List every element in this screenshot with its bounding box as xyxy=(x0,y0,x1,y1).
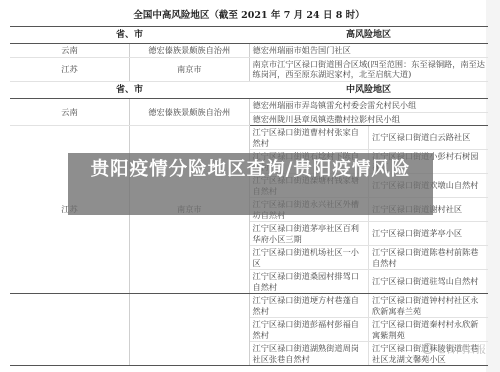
high-risk-region-header: 省、市 xyxy=(10,26,249,44)
city-cell: 南京市 xyxy=(130,57,250,81)
medium-risk-area: 江宁区禄口街道桑园村排驾口自然村 xyxy=(249,270,369,294)
medium-risk-area: 江宁区禄口街道湖熟街道周岗社区张巷自然村 xyxy=(249,342,369,366)
page-edge xyxy=(486,0,500,372)
province-cell: 江苏 xyxy=(10,57,130,81)
medium-risk-area: 江宁区禄口街道驻驾山自然村 xyxy=(369,270,489,294)
medium-risk-area: 江宁区禄口街道钟村村社区永欣新寓春兰苑 xyxy=(369,294,489,318)
province-cell: 云南 xyxy=(10,99,130,126)
headline-text: 贵阳疫情分险地区查询/贵阳疫情风险 xyxy=(68,158,433,181)
table-title: 全国中高风险地区（截至 2021 年 7 月 24 日 8 时） xyxy=(10,8,488,26)
watermark: 七台河日报 xyxy=(422,341,486,356)
city-cell: 德宏傣族景颇族自治州 xyxy=(130,44,250,58)
high-risk-area-header: 高风险地区 xyxy=(249,26,488,44)
medium-risk-area: 江宁区禄口街道彭福村彭福自然村 xyxy=(249,318,369,342)
province-cell: 云南 xyxy=(10,44,130,58)
medium-risk-area: 江宁区禄口街道曹村村张家自然村 xyxy=(249,126,369,150)
medium-risk-area: 江宁区禄口街道陈巷村前陈巷自然村 xyxy=(369,246,489,270)
medium-risk-area: 德宏州瑞丽市弄岛镇雷允村委会雷允村民小组 xyxy=(249,99,488,113)
medium-risk-area: 江宁区禄口街道白云路社区 xyxy=(369,126,489,150)
city-cell: 德宏傣族景颇族自治州 xyxy=(130,99,250,126)
high-risk-area: 德宏州瑞丽市姐告国门社区 xyxy=(249,44,488,58)
province-cell-empty xyxy=(10,294,130,366)
medium-risk-area: 江宁区禄口街道秦村村永欣新寓紫荆苑 xyxy=(369,318,489,342)
medium-risk-area: 德宏州陇川县章凤镇迭撒村拉影村民小组 xyxy=(249,112,488,126)
medium-risk-area: 江宁区禄口街道埂方村巷蓬自然村 xyxy=(249,294,369,318)
medium-risk-area: 江宁区禄口街道茅亭社区百利华府小区三期 xyxy=(249,222,369,246)
high-risk-area: 南京市江宁区禄口街道围合区域(四至范围：东至禄铜路，南至达练岗河，西至原东湖迟家… xyxy=(249,57,488,81)
medium-risk-area-header: 中风险地区 xyxy=(249,81,488,99)
medium-risk-area: 江宁区禄口街道机场社区一小区 xyxy=(249,246,369,270)
wechat-icon xyxy=(422,343,433,354)
city-cell-empty xyxy=(130,294,250,366)
medium-risk-region-header: 省、市 xyxy=(10,81,249,99)
medium-risk-area: 江宁区禄口街道茅亭小区 xyxy=(369,222,489,246)
watermark-text: 七台河日报 xyxy=(436,345,486,356)
